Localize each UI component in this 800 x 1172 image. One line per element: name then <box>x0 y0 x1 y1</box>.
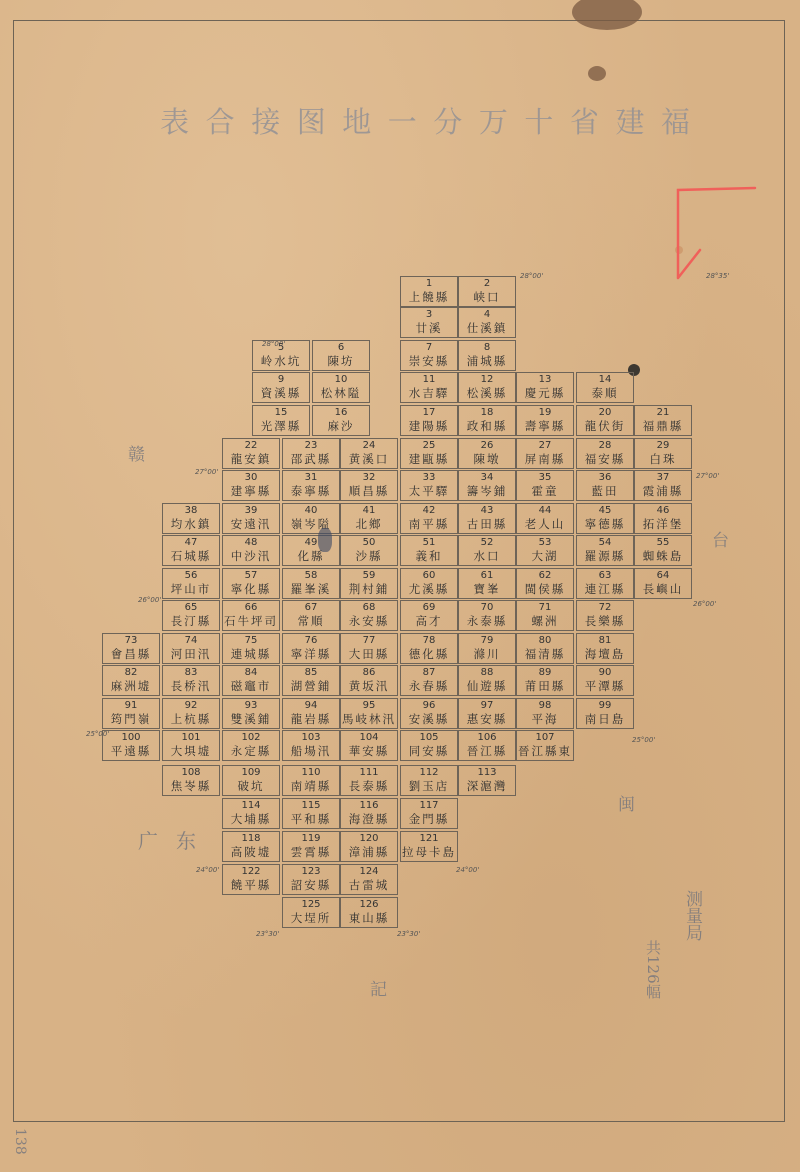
sheet-name: 長桥汛 <box>163 679 219 693</box>
sheet-number: 43 <box>459 505 515 517</box>
sheet-name: 古雷城 <box>341 878 397 892</box>
sheet-cell-102: 102永定縣 <box>222 730 280 761</box>
sheet-cell-6: 6陳坊 <box>312 340 370 371</box>
sheet-name: 陳坊 <box>313 354 369 368</box>
sheet-name: 屏南縣 <box>517 452 573 466</box>
sheet-name: 海澄縣 <box>341 812 397 826</box>
sheet-cell-74: 74河田汛 <box>162 633 220 664</box>
sheet-cell-19: 19壽寧縣 <box>516 405 574 436</box>
sheet-cell-17: 17建陽縣 <box>400 405 458 436</box>
sheet-name: 福安縣 <box>577 452 633 466</box>
sheet-cell-1: 1上饒縣 <box>400 276 458 307</box>
sheet-name: 寶峯 <box>459 582 515 596</box>
sheet-cell-123: 123詔安縣 <box>282 864 340 895</box>
sheet-name: 化縣 <box>283 549 339 563</box>
sheet-number: 124 <box>341 866 397 878</box>
sheet-name: 長泰縣 <box>341 779 397 793</box>
sheet-number: 112 <box>401 767 457 779</box>
sheet-number: 68 <box>341 602 397 614</box>
sheet-name: 海壇島 <box>577 647 633 661</box>
sheet-number: 12 <box>459 374 515 386</box>
sheet-name: 常順 <box>283 614 339 628</box>
sheet-cell-3: 3廿溪 <box>400 307 458 338</box>
sheet-cell-68: 68永安縣 <box>340 600 398 631</box>
sheet-name: 老人山 <box>517 517 573 531</box>
sheet-number: 94 <box>283 700 339 712</box>
sheet-name: 深滬灣 <box>459 779 515 793</box>
sheet-cell-45: 45寧德縣 <box>576 503 634 534</box>
sheet-number: 54 <box>577 537 633 549</box>
sheet-number: 56 <box>163 570 219 582</box>
sheet-name: 高陂墟 <box>223 845 279 859</box>
sheet-cell-101: 101大埧墟 <box>162 730 220 761</box>
sheet-name: 馬岐林汛 <box>341 712 397 726</box>
sheet-number: 88 <box>459 667 515 679</box>
sheet-name: 水吉驛 <box>401 386 457 400</box>
sheet-number: 26 <box>459 440 515 452</box>
sheet-name: 磁竈市 <box>223 679 279 693</box>
sheet-cell-2: 2峡口 <box>458 276 516 307</box>
sheet-cell-40: 40嶺岑隘 <box>282 503 340 534</box>
sheet-cell-65: 65長汀縣 <box>162 600 220 631</box>
sheet-cell-4: 4仕溪鎮 <box>458 307 516 338</box>
sheet-number: 13 <box>517 374 573 386</box>
sheet-number: 65 <box>163 602 219 614</box>
sheet-name: 太平驛 <box>401 484 457 498</box>
sheet-name: 雙溪鋪 <box>223 712 279 726</box>
sheet-number: 116 <box>341 800 397 812</box>
sheet-number: 75 <box>223 635 279 647</box>
sheet-name: 筠門嶺 <box>103 712 159 726</box>
sheet-number: 37 <box>635 472 691 484</box>
sheet-number: 109 <box>223 767 279 779</box>
sheet-number: 87 <box>401 667 457 679</box>
sheet-number: 77 <box>341 635 397 647</box>
sheet-number: 89 <box>517 667 573 679</box>
sheet-cell-52: 52水口 <box>458 535 516 566</box>
sheet-number: 50 <box>341 537 397 549</box>
sheet-name: 坪山市 <box>163 582 219 596</box>
sheet-number: 80 <box>517 635 573 647</box>
sheet-cell-83: 83長桥汛 <box>162 665 220 696</box>
sheet-name: 北鄉 <box>341 517 397 531</box>
sheet-number: 38 <box>163 505 219 517</box>
sheet-number: 84 <box>223 667 279 679</box>
sheet-number: 95 <box>341 700 397 712</box>
sheet-number: 86 <box>341 667 397 679</box>
sheet-number: 28 <box>577 440 633 452</box>
sheet-number: 45 <box>577 505 633 517</box>
sheet-number: 63 <box>577 570 633 582</box>
sheet-number: 83 <box>163 667 219 679</box>
sheet-number: 70 <box>459 602 515 614</box>
sheet-number: 51 <box>401 537 457 549</box>
sheet-number: 29 <box>635 440 691 452</box>
sheet-name: 均水鎮 <box>163 517 219 531</box>
sheet-number: 34 <box>459 472 515 484</box>
sheet-number: 17 <box>401 407 457 419</box>
sheet-number: 114 <box>223 800 279 812</box>
sheet-cell-41: 41北鄉 <box>340 503 398 534</box>
sheet-cell-108: 108焦岺縣 <box>162 765 220 796</box>
sheet-number: 11 <box>401 374 457 386</box>
sheet-cell-100: 100平遠縣 <box>102 730 160 761</box>
sheet-name: 石牛坪司 <box>223 614 279 628</box>
sheet-number: 27 <box>517 440 573 452</box>
sheet-name: 松林隘 <box>313 386 369 400</box>
sheet-name: 安溪縣 <box>401 712 457 726</box>
sheet-number: 118 <box>223 833 279 845</box>
sheet-cell-23: 23邵武縣 <box>282 438 340 469</box>
note-bottom-left-number: 138 <box>12 1128 28 1155</box>
sheet-cell-53: 53大湖 <box>516 535 574 566</box>
sheet-cell-106: 106晉江縣 <box>458 730 516 761</box>
sheet-number: 7 <box>401 342 457 354</box>
sheet-cell-116: 116海澄縣 <box>340 798 398 829</box>
sheet-cell-87: 87永春縣 <box>400 665 458 696</box>
sheet-cell-67: 67常順 <box>282 600 340 631</box>
sheet-number: 14 <box>577 374 633 386</box>
sheet-number: 69 <box>401 602 457 614</box>
sheet-name: 漳浦縣 <box>341 845 397 859</box>
sheet-name: 霞浦縣 <box>635 484 691 498</box>
sheet-name: 泰順 <box>577 386 633 400</box>
sheet-name: 大埧墟 <box>163 744 219 758</box>
sheet-cell-117: 117金門縣 <box>400 798 458 829</box>
sheet-cell-71: 71螺洲 <box>516 600 574 631</box>
sheet-name: 拓洋堡 <box>635 517 691 531</box>
sheet-cell-64: 64長嶼山 <box>634 568 692 599</box>
sheet-index-grid: 1上饒縣2峡口3廿溪4仕溪鎮5岭水坑6陳坊7崇安縣8浦城縣9資溪縣10松林隘11… <box>0 0 800 1172</box>
sheet-name: 光澤縣 <box>253 419 309 433</box>
sheet-name: 岭水坑 <box>253 354 309 368</box>
sheet-cell-21: 21福鼎縣 <box>634 405 692 436</box>
sheet-name: 資溪縣 <box>253 386 309 400</box>
sheet-name: 大埕所 <box>283 911 339 925</box>
sheet-name: 華安縣 <box>341 744 397 758</box>
sheet-name: 饒平縣 <box>223 878 279 892</box>
sheet-number: 91 <box>103 700 159 712</box>
sheet-cell-12: 12松溪縣 <box>458 372 516 403</box>
sheet-number: 20 <box>577 407 633 419</box>
sheet-number: 82 <box>103 667 159 679</box>
sheet-cell-47: 47石城縣 <box>162 535 220 566</box>
sheet-cell-119: 119雲霄縣 <box>282 831 340 862</box>
sheet-name: 詔安縣 <box>283 878 339 892</box>
sheet-number: 110 <box>283 767 339 779</box>
sheet-name: 浦城縣 <box>459 354 515 368</box>
sheet-number: 2 <box>459 278 515 290</box>
sheet-cell-10: 10松林隘 <box>312 372 370 403</box>
sheet-number: 98 <box>517 700 573 712</box>
sheet-number: 96 <box>401 700 457 712</box>
sheet-number: 79 <box>459 635 515 647</box>
sheet-cell-125: 125大埕所 <box>282 897 340 928</box>
sheet-cell-22: 22龍安鎮 <box>222 438 280 469</box>
sheet-name: 福鼎縣 <box>635 419 691 433</box>
sheet-name: 長嶼山 <box>635 582 691 596</box>
note-bottom: 記 <box>370 975 387 1000</box>
sheet-name: 同安縣 <box>401 744 457 758</box>
coord-tick: 25°00' <box>86 730 109 738</box>
sheet-cell-7: 7崇安縣 <box>400 340 458 371</box>
sheet-number: 53 <box>517 537 573 549</box>
sheet-number: 92 <box>163 700 219 712</box>
note-west: 赣 <box>128 440 145 465</box>
sheet-cell-104: 104華安縣 <box>340 730 398 761</box>
sheet-number: 48 <box>223 537 279 549</box>
sheet-cell-124: 124古雷城 <box>340 864 398 895</box>
sheet-number: 115 <box>283 800 339 812</box>
sheet-number: 21 <box>635 407 691 419</box>
sheet-name: 古田縣 <box>459 517 515 531</box>
coord-tick: 26°00' <box>138 596 161 604</box>
sheet-name: 峡口 <box>459 290 515 304</box>
sheet-name: 慶元縣 <box>517 386 573 400</box>
sheet-cell-35: 35霍童 <box>516 470 574 501</box>
sheet-cell-90: 90平潭縣 <box>576 665 634 696</box>
sheet-number: 25 <box>401 440 457 452</box>
sheet-cell-54: 54羅源縣 <box>576 535 634 566</box>
sheet-name: 德化縣 <box>401 647 457 661</box>
note-right-count: 共126幅 <box>643 940 664 999</box>
sheet-name: 白珠 <box>635 452 691 466</box>
coord-tick: 28°35' <box>706 272 729 280</box>
sheet-name: 大埔縣 <box>223 812 279 826</box>
sheet-number: 90 <box>577 667 633 679</box>
sheet-name: 雲霄縣 <box>283 845 339 859</box>
sheet-number: 64 <box>635 570 691 582</box>
sheet-number: 100 <box>103 732 159 744</box>
sheet-name: 金門縣 <box>401 812 457 826</box>
sheet-number: 107 <box>517 732 573 744</box>
sheet-cell-103: 103船場汛 <box>282 730 340 761</box>
sheet-name: 寧化縣 <box>223 582 279 596</box>
sheet-number: 103 <box>283 732 339 744</box>
sheet-cell-89: 89莆田縣 <box>516 665 574 696</box>
sheet-name: 陳墩 <box>459 452 515 466</box>
sheet-number: 105 <box>401 732 457 744</box>
sheet-name: 壽寧縣 <box>517 419 573 433</box>
sheet-cell-114: 114大埔縣 <box>222 798 280 829</box>
sheet-cell-85: 85湖營鋪 <box>282 665 340 696</box>
sheet-cell-96: 96安溪縣 <box>400 698 458 729</box>
sheet-number: 73 <box>103 635 159 647</box>
sheet-cell-92: 92上杭縣 <box>162 698 220 729</box>
sheet-number: 23 <box>283 440 339 452</box>
sheet-cell-118: 118高陂墟 <box>222 831 280 862</box>
sheet-number: 74 <box>163 635 219 647</box>
sheet-number: 97 <box>459 700 515 712</box>
sheet-cell-126: 126東山縣 <box>340 897 398 928</box>
sheet-name: 永定縣 <box>223 744 279 758</box>
sheet-cell-97: 97惠安縣 <box>458 698 516 729</box>
sheet-name: 仙遊縣 <box>459 679 515 693</box>
sheet-cell-109: 109破坑 <box>222 765 280 796</box>
sheet-cell-98: 98平海 <box>516 698 574 729</box>
sheet-name: 籌岑鋪 <box>459 484 515 498</box>
sheet-cell-78: 78德化縣 <box>400 633 458 664</box>
sheet-name: 南靖縣 <box>283 779 339 793</box>
sheet-number: 33 <box>401 472 457 484</box>
sheet-number: 4 <box>459 309 515 321</box>
sheet-cell-88: 88仙遊縣 <box>458 665 516 696</box>
sheet-cell-38: 38均水鎮 <box>162 503 220 534</box>
sheet-name: 南平縣 <box>401 517 457 531</box>
sheet-cell-62: 62閩侯縣 <box>516 568 574 599</box>
sheet-number: 19 <box>517 407 573 419</box>
sheet-number: 125 <box>283 899 339 911</box>
sheet-cell-14: 14泰順 <box>576 372 634 403</box>
sheet-cell-121: 121拉母卡島 <box>400 831 458 862</box>
sheet-name: 拉母卡島 <box>401 845 457 859</box>
sheet-number: 44 <box>517 505 573 517</box>
sheet-number: 126 <box>341 899 397 911</box>
sheet-name: 船場汛 <box>283 744 339 758</box>
sheet-number: 120 <box>341 833 397 845</box>
sheet-number: 9 <box>253 374 309 386</box>
sheet-cell-48: 48中沙汛 <box>222 535 280 566</box>
sheet-number: 6 <box>313 342 369 354</box>
sheet-name: 藍田 <box>577 484 633 498</box>
sheet-number: 101 <box>163 732 219 744</box>
sheet-number: 58 <box>283 570 339 582</box>
sheet-name: 尤溪縣 <box>401 582 457 596</box>
sheet-number: 31 <box>283 472 339 484</box>
sheet-name: 龍伏街 <box>577 419 633 433</box>
sheet-name: 邵武縣 <box>283 452 339 466</box>
sheet-cell-13: 13慶元縣 <box>516 372 574 403</box>
sheet-cell-63: 63連江縣 <box>576 568 634 599</box>
sheet-number: 8 <box>459 342 515 354</box>
sheet-cell-37: 37霞浦縣 <box>634 470 692 501</box>
sheet-cell-31: 31泰寧縣 <box>282 470 340 501</box>
sheet-number: 66 <box>223 602 279 614</box>
sheet-number: 35 <box>517 472 573 484</box>
sheet-cell-24: 24黄溪口 <box>340 438 398 469</box>
sheet-cell-58: 58羅峯溪 <box>282 568 340 599</box>
sheet-name: 晉江縣東 <box>517 744 573 758</box>
sheet-cell-82: 82麻洲墟 <box>102 665 160 696</box>
sheet-name: 大田縣 <box>341 647 397 661</box>
sheet-cell-122: 122饒平縣 <box>222 864 280 895</box>
sheet-number: 57 <box>223 570 279 582</box>
sheet-cell-99: 99南日島 <box>576 698 634 729</box>
coord-tick: 28°00' <box>262 340 285 348</box>
sheet-number: 111 <box>341 767 397 779</box>
sheet-cell-110: 110南靖縣 <box>282 765 340 796</box>
sheet-name: 龍安鎮 <box>223 452 279 466</box>
sheet-number: 15 <box>253 407 309 419</box>
sheet-number: 93 <box>223 700 279 712</box>
sheet-cell-28: 28福安縣 <box>576 438 634 469</box>
sheet-name: 蜘蛛島 <box>635 549 691 563</box>
sheet-name: 螺洲 <box>517 614 573 628</box>
note-south-min: 闽 <box>618 790 635 815</box>
sheet-cell-51: 51義和 <box>400 535 458 566</box>
sheet-cell-70: 70永泰縣 <box>458 600 516 631</box>
sheet-number: 59 <box>341 570 397 582</box>
sheet-number: 122 <box>223 866 279 878</box>
sheet-name: 東山縣 <box>341 911 397 925</box>
sheet-cell-61: 61寶峯 <box>458 568 516 599</box>
sheet-cell-73: 73會昌縣 <box>102 633 160 664</box>
sheet-number: 18 <box>459 407 515 419</box>
sheet-number: 123 <box>283 866 339 878</box>
sheet-number: 62 <box>517 570 573 582</box>
sheet-number: 76 <box>283 635 339 647</box>
sheet-name: 惠安縣 <box>459 712 515 726</box>
sheet-number: 60 <box>401 570 457 582</box>
sheet-cell-112: 112劉玉店 <box>400 765 458 796</box>
sheet-name: 仕溪鎮 <box>459 321 515 335</box>
sheet-name: 河田汛 <box>163 647 219 661</box>
sheet-name: 永春縣 <box>401 679 457 693</box>
sheet-name: 霍童 <box>517 484 573 498</box>
sheet-number: 22 <box>223 440 279 452</box>
sheet-name: 滌川 <box>459 647 515 661</box>
sheet-number: 104 <box>341 732 397 744</box>
sheet-cell-66: 66石牛坪司 <box>222 600 280 631</box>
coord-tick: 27°00' <box>696 472 719 480</box>
sheet-number: 10 <box>313 374 369 386</box>
sheet-name: 平海 <box>517 712 573 726</box>
ink-blot-49 <box>318 528 332 552</box>
sheet-cell-107: 107晉江縣東 <box>516 730 574 761</box>
sheet-cell-93: 93雙溪鋪 <box>222 698 280 729</box>
sheet-name: 會昌縣 <box>103 647 159 661</box>
sheet-number: 41 <box>341 505 397 517</box>
sheet-name: 平潭縣 <box>577 679 633 693</box>
sheet-cell-25: 25建甌縣 <box>400 438 458 469</box>
sheet-cell-43: 43古田縣 <box>458 503 516 534</box>
sheet-name: 閩侯縣 <box>517 582 573 596</box>
sheet-cell-113: 113深滬灣 <box>458 765 516 796</box>
sheet-number: 47 <box>163 537 219 549</box>
sheet-number: 106 <box>459 732 515 744</box>
coord-tick: 24°00' <box>456 866 479 874</box>
coord-tick: 23°30' <box>256 930 279 938</box>
sheet-cell-44: 44老人山 <box>516 503 574 534</box>
sheet-cell-34: 34籌岑鋪 <box>458 470 516 501</box>
sheet-name: 麻沙 <box>313 419 369 433</box>
sheet-cell-69: 69高才 <box>400 600 458 631</box>
sheet-cell-75: 75連城縣 <box>222 633 280 664</box>
sheet-name: 建甌縣 <box>401 452 457 466</box>
sheet-cell-57: 57寧化縣 <box>222 568 280 599</box>
sheet-number: 30 <box>223 472 279 484</box>
sheet-number: 1 <box>401 278 457 290</box>
coord-tick: 23°30' <box>397 930 420 938</box>
sheet-name: 平遠縣 <box>103 744 159 758</box>
sheet-number: 39 <box>223 505 279 517</box>
sheet-cell-59: 59荆村鋪 <box>340 568 398 599</box>
sheet-cell-56: 56坪山市 <box>162 568 220 599</box>
note-right-bureau: 测量局 <box>680 890 705 941</box>
sheet-cell-8: 8浦城縣 <box>458 340 516 371</box>
sheet-name: 上饒縣 <box>401 290 457 304</box>
coord-tick: 28°00' <box>520 272 543 280</box>
sheet-cell-120: 120漳浦縣 <box>340 831 398 862</box>
sheet-cell-55: 55蜘蛛島 <box>634 535 692 566</box>
coord-tick: 24°00' <box>196 866 219 874</box>
sheet-name: 崇安縣 <box>401 354 457 368</box>
sheet-cell-29: 29白珠 <box>634 438 692 469</box>
sheet-name: 湖營鋪 <box>283 679 339 693</box>
sheet-number: 42 <box>401 505 457 517</box>
sheet-name: 大湖 <box>517 549 573 563</box>
sheet-number: 61 <box>459 570 515 582</box>
